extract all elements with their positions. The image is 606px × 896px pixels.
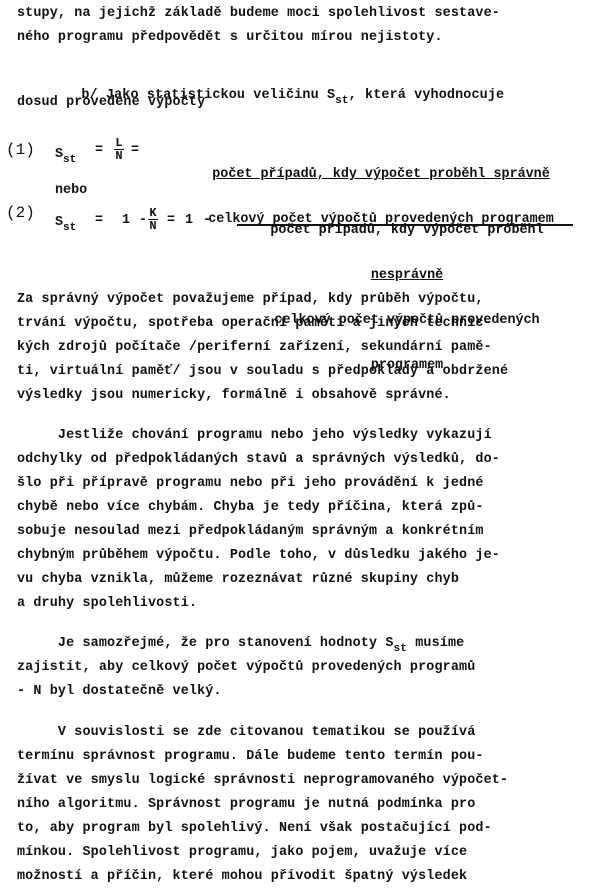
paragraph-line: - N byl dostatečně velký.: [17, 684, 222, 700]
paragraph-line: možností a příčin, které mohou přivodit …: [17, 869, 467, 885]
equation-2-small-fraction: K N: [148, 207, 158, 232]
equation-2-one-a: 1: [122, 213, 130, 228]
text: musíme: [407, 636, 464, 651]
paragraph-line: termínu správnost programu. Dále budeme …: [17, 749, 484, 765]
equation-2-lhs: Sst: [55, 215, 76, 230]
section-b-line-2: dosud provedené výpočty: [17, 95, 205, 111]
small-fraction-denominator: N: [148, 220, 158, 232]
section-b-subscript: st: [335, 95, 349, 107]
paragraph-line: žívat ve smyslu logické správnosti nepro…: [17, 773, 508, 789]
lhs-symbol: S: [55, 215, 63, 230]
paragraph-line: ního algoritmu. Správnost programu je nu…: [17, 797, 475, 813]
equation-2-equals-2: =: [167, 213, 175, 228]
paragraph-line: Je samozřejmé, že pro stanovení hodnoty …: [17, 636, 464, 652]
paragraph-line: mínkou. Spolehlivost programu, jako poje…: [17, 845, 467, 861]
equation-1-number: (1): [6, 141, 35, 159]
subscript: st: [394, 643, 408, 655]
paragraph-line: odchylky od předpokládaných stavů a sprá…: [17, 452, 500, 468]
equation-1-lhs: Sst: [55, 147, 76, 162]
paragraph-line: šlo při přípravě programu nebo při jeho …: [17, 476, 484, 492]
paragraph-line: to, aby program byl spolehlivý. Není vša…: [17, 821, 492, 837]
intro-line-1: stupy, na jejichž základě budeme moci sp…: [17, 6, 500, 22]
paragraph-line: sobuje nesoulad mezi předpokládaným sprá…: [17, 524, 484, 540]
paragraph-line: Jestliže chování programu nebo jeho výsl…: [17, 428, 492, 444]
lhs-subscript: st: [63, 222, 76, 234]
text: Je samozřejmé, že pro stanovení hodnoty …: [17, 636, 394, 651]
section-b-text-post: , která vyhodnocuje: [349, 88, 505, 103]
equation-2-fraction-bar: [237, 224, 573, 226]
lhs-subscript: st: [63, 154, 76, 166]
equation-1-small-fraction: L N: [114, 137, 124, 162]
equation-2-number: (2): [6, 204, 35, 222]
intro-line-2: ného programu předpovědět s určitou míro…: [17, 30, 443, 46]
paragraph-line: trvání výpočtu, spotřeba operační paměti…: [17, 316, 492, 332]
paragraph-line: kých zdrojů počítače /periferní zařízení…: [17, 340, 492, 356]
equation-2-one-b: 1: [185, 213, 193, 228]
paragraph-line: výsledky jsou numericky, formálně i obsa…: [17, 388, 451, 404]
equation-2-minus-a: -: [139, 213, 147, 228]
equation-1-equals-2: =: [131, 143, 139, 158]
paragraph-line: vu chyba vznikla, můžeme rozeznávat různ…: [17, 572, 459, 588]
equation-2-numerator-line-2: nesprávně: [237, 268, 577, 283]
equation-2-equals-1: =: [95, 213, 103, 228]
paragraph-line: zajistit, aby celkový počet výpočtů prov…: [17, 660, 475, 676]
equation-1-numerator: počet případů, kdy výpočet proběhl správ…: [171, 167, 591, 182]
paragraph-line: chybným průběhem výpočtu. Podle toho, v …: [17, 548, 500, 564]
paragraph-line: chybě nebo více chybám. Chyba je tedy př…: [17, 500, 484, 516]
paragraph-line: a druhy spolehlivosti.: [17, 596, 197, 612]
equation-2-minus-b: -: [203, 213, 211, 228]
paragraph-line: V souvislosti se zde citovanou tematikou…: [17, 725, 475, 741]
connector-nebo: nebo: [55, 183, 87, 198]
equation-1-equals-1: =: [95, 143, 103, 158]
small-fraction-denominator: N: [114, 150, 124, 162]
paragraph-line: Za správný výpočet považujeme případ, kd…: [17, 292, 484, 308]
lhs-symbol: S: [55, 147, 63, 162]
paragraph-line: ti, virtuální paměť/ jsou v souladu s př…: [17, 364, 508, 380]
